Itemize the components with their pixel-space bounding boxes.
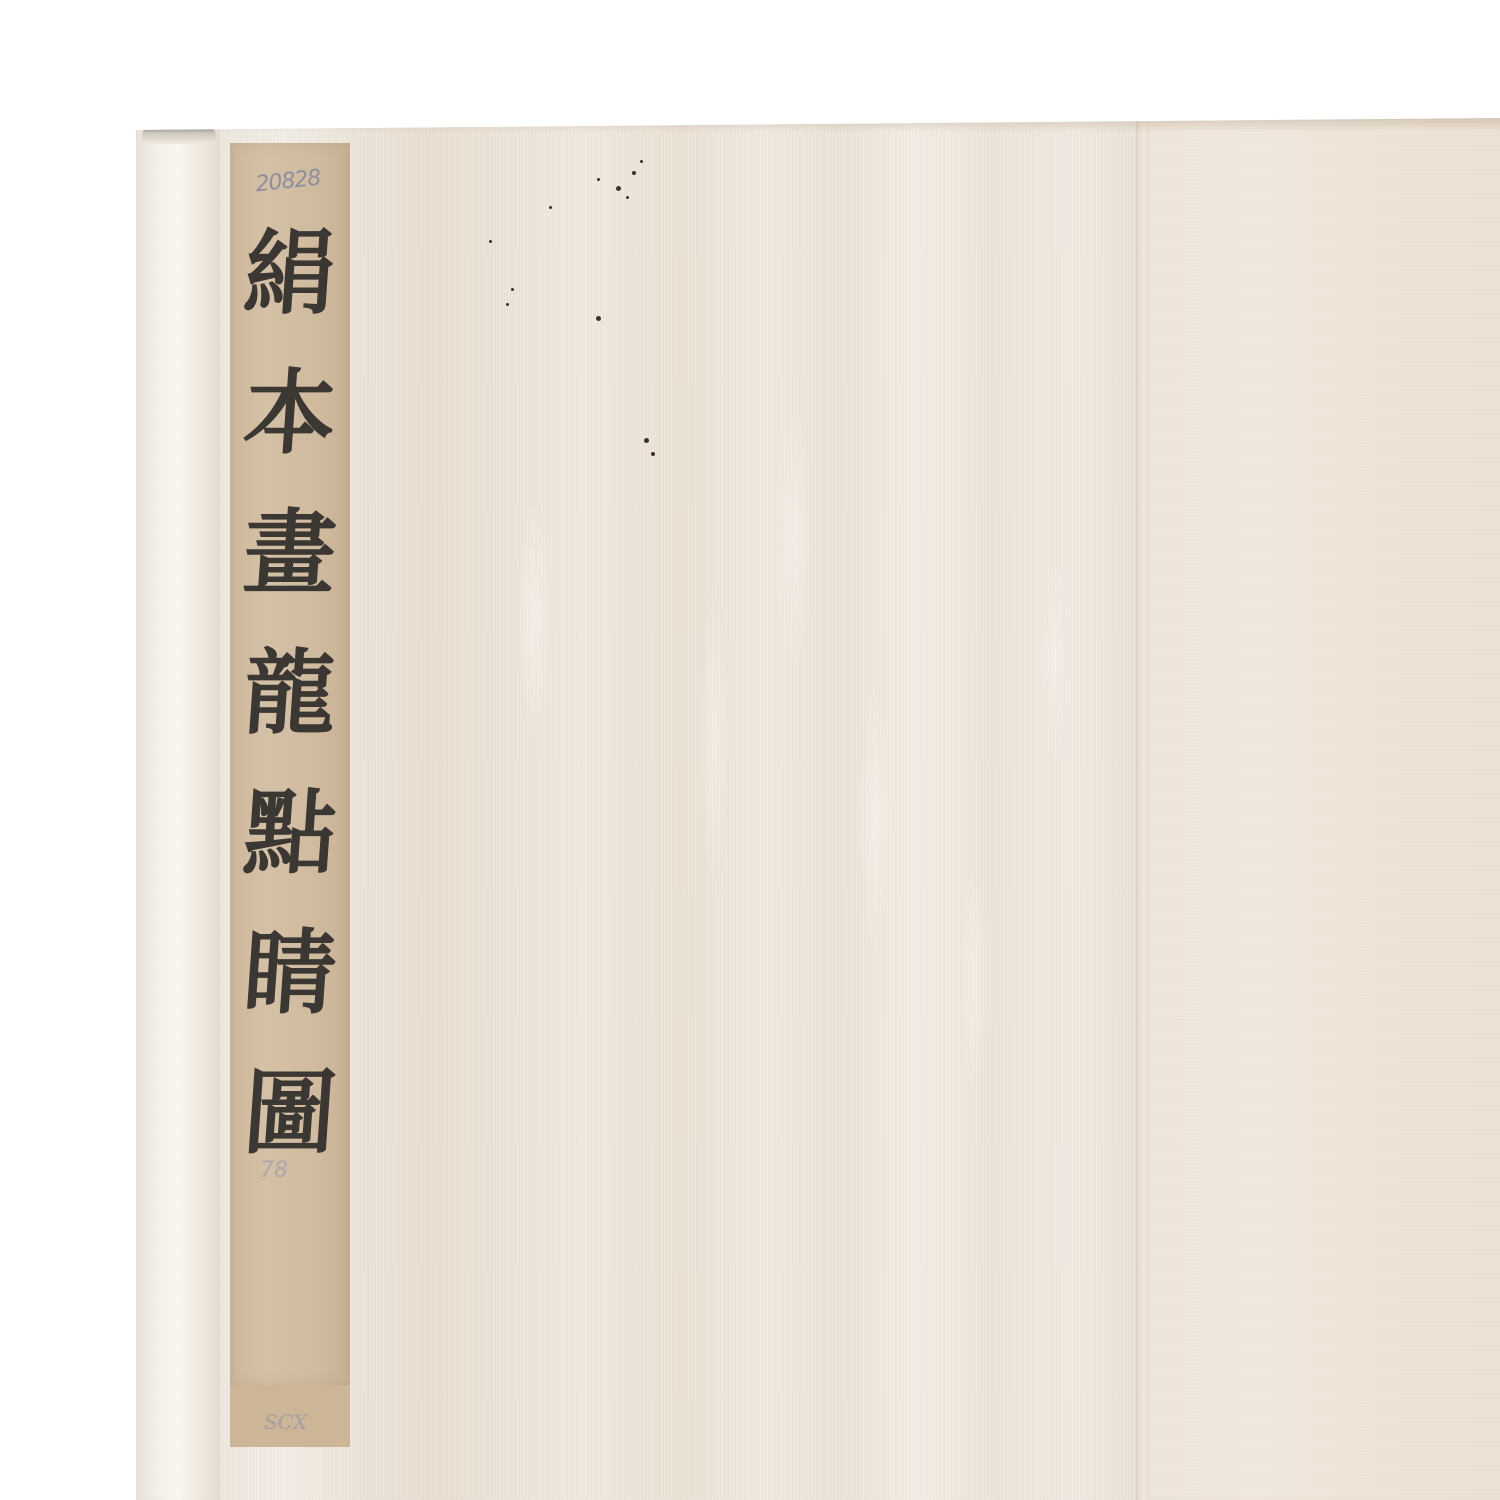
label-pencil-note: 78 xyxy=(260,1158,288,1183)
speck xyxy=(644,438,649,443)
scroll-roll-top xyxy=(142,126,216,144)
scroll-rolled-edge xyxy=(136,118,221,1500)
title-char: 圖 xyxy=(239,1043,341,1183)
speck xyxy=(511,288,514,291)
top-edge-shadow xyxy=(136,118,1500,132)
photo-scene: 20828 絹 本 畫 龍 點 睛 圖 78 SCX xyxy=(0,0,1500,1500)
title-char: 龍 xyxy=(239,623,341,763)
speck xyxy=(640,160,643,163)
scroll: 20828 絹 本 畫 龍 點 睛 圖 78 SCX xyxy=(136,118,1500,1500)
title-label: 20828 絹 本 畫 龍 點 睛 圖 78 xyxy=(230,143,350,1385)
speck xyxy=(506,303,509,306)
paper-panel xyxy=(1150,118,1500,1500)
silk-panel xyxy=(354,118,1136,1500)
speck xyxy=(549,206,552,209)
speck xyxy=(626,196,629,199)
speck xyxy=(616,186,621,191)
title-char: 本 xyxy=(239,343,341,483)
panel-seam xyxy=(1136,118,1151,1500)
scroll-title: 絹 本 畫 龍 點 睛 圖 xyxy=(230,203,350,1183)
catalog-number: 20828 xyxy=(237,164,339,199)
label-bottom-note: SCX xyxy=(264,1410,307,1434)
title-char: 點 xyxy=(239,763,341,903)
title-char: 睛 xyxy=(239,903,341,1043)
speck xyxy=(651,452,655,456)
title-char: 絹 xyxy=(239,203,341,343)
speck xyxy=(596,316,601,321)
speck xyxy=(597,178,600,181)
speck xyxy=(632,171,636,175)
title-char: 畫 xyxy=(239,483,341,623)
speck xyxy=(489,240,492,243)
